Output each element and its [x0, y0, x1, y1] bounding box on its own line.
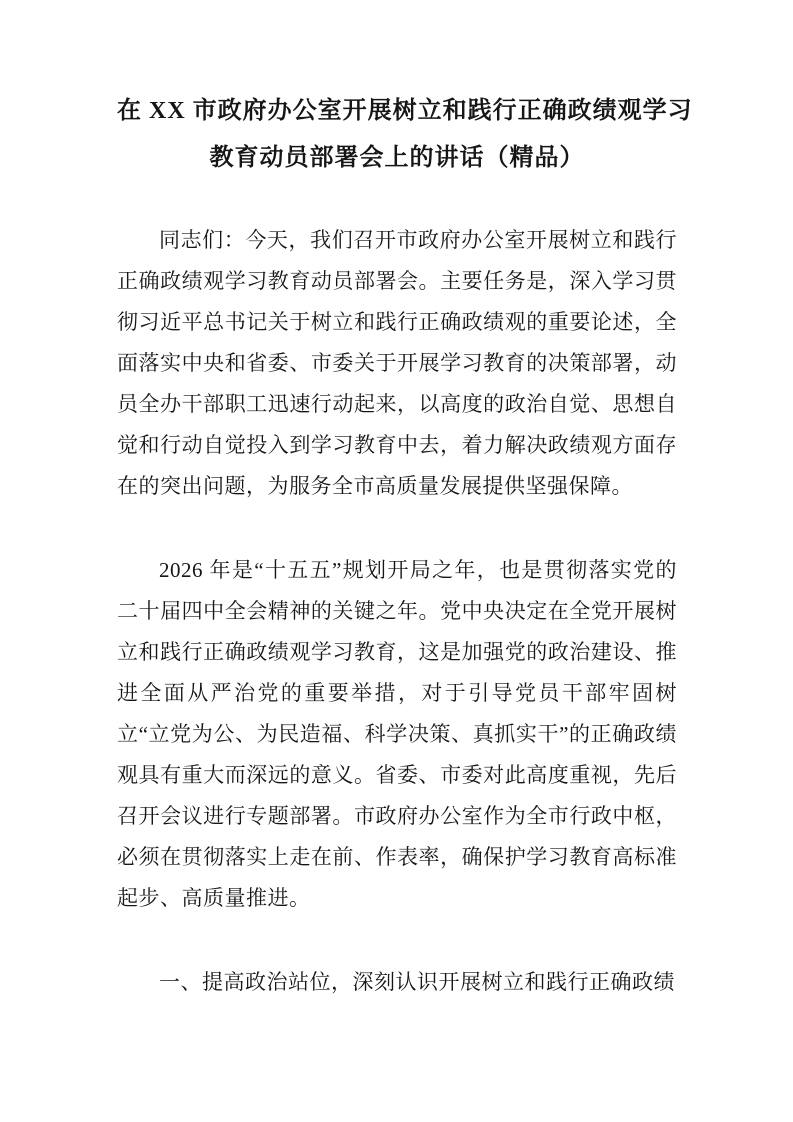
- document-body: 同志们：今天，我们召开市政府办公室开展树立和践行正确政绩观学习教育动员部署会。主…: [117, 220, 677, 1003]
- section-heading-1: 一、提高政治站位，深刻认识开展树立和践行正确政绩: [117, 962, 677, 1003]
- title-line-1: 在 XX 市政府办公室开展树立和践行正确政绩观学习: [117, 88, 677, 135]
- document-title: 在 XX 市政府办公室开展树立和践行正确政绩观学习 教育动员部署会上的讲话（精品…: [117, 88, 677, 182]
- paragraph-background: 2026 年是“十五五”规划开局之年，也是贯彻落实党的二十届四中全会精神的关键之…: [117, 550, 677, 919]
- document-page: 在 XX 市政府办公室开展树立和践行正确政绩观学习 教育动员部署会上的讲话（精品…: [0, 0, 793, 1122]
- title-line-2: 教育动员部署会上的讲话（精品）: [117, 135, 677, 182]
- paragraph-opening: 同志们：今天，我们召开市政府办公室开展树立和践行正确政绩观学习教育动员部署会。主…: [117, 220, 677, 507]
